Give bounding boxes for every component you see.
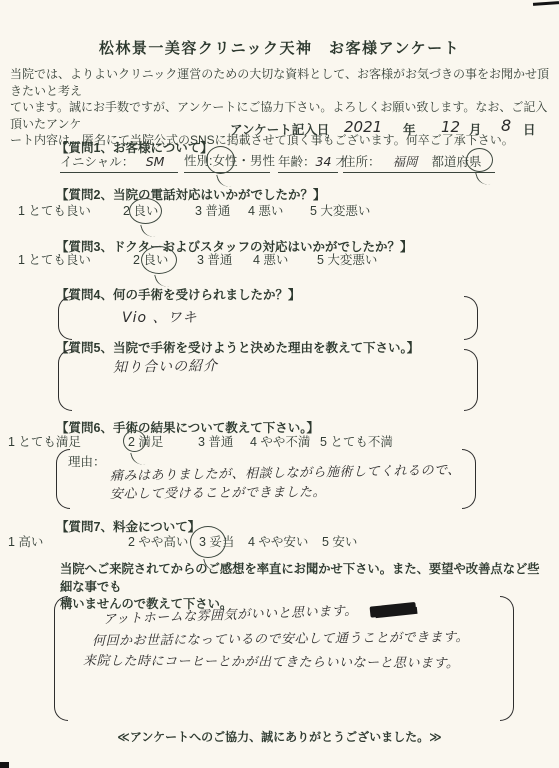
feedback-line-3: 来院した時にコーヒーとかが出てきたらいいなーと思います。 (83, 650, 460, 672)
q3-option-1: 1 とても良い (18, 252, 91, 268)
q6-option-5: 5 とても不満 (320, 434, 393, 450)
q6-reason-label: 理由： (68, 452, 106, 470)
q2-option-1: 1 とても良い (18, 203, 91, 219)
date-year-unit: 年 (403, 120, 416, 138)
q2-selection-circle (129, 198, 162, 224)
q4-answer-handwritten: Vio 、ワキ (122, 307, 197, 327)
q6-option-1: 1 とても満足 (8, 434, 81, 450)
q5-answer-handwritten: 知り合いの紹介 (113, 355, 218, 377)
q1-age-label: 年齢： (278, 155, 316, 169)
redaction-scribble (369, 602, 416, 618)
q3-options-row: 1 とても良い 2 良い 3 普通 4 悪い 5 大変悪い (0, 252, 559, 270)
scan-artifact-top-right (533, 1, 559, 6)
q6-reason-line-2: 安心して受けることができました。 (110, 481, 326, 502)
q6-reason-line-1: 痛みはありましたが、相談しながら施術してくれるので、 (110, 459, 461, 484)
q7-option-5: 5 安い (322, 534, 357, 550)
date-label: アンケート記入日 (230, 120, 329, 138)
q3-option-5: 5 大変悪い (317, 252, 377, 268)
feedback-line-2: 何回かお世話になっているので安心して通うことができます。 (92, 626, 469, 649)
q1-fields-row: イニシャル： SM 性別:女性・男性 年齢：34才 住所：福岡都道府県 (0, 152, 559, 173)
q2-option-4: 4 悪い (248, 203, 283, 219)
q6-reason-box: 理由： 痛みはありましたが、相談しながら施術してくれるので、 安心して受けること… (56, 449, 476, 509)
q3-option-3: 3 普通 (197, 252, 232, 268)
q7-option-2: 2 やや高い (128, 534, 188, 550)
q1-initial-handwritten: SM (146, 154, 165, 169)
q1-initial-label: イニシャル： (60, 155, 134, 169)
footer-thanks: ≪アンケートへのご協力、誠にありがとうございました。≫ (0, 728, 559, 745)
feedback-answer-box: アットホームな雰囲気がいいと思います。 何回かお世話になっているので安心して通う… (54, 596, 514, 721)
intro-line: 当院では、よりよいクリニック運営のための大切な資料として、お客様がお気づきの事を… (10, 66, 556, 99)
q7-selection-circle (190, 526, 226, 558)
q4-answer-box: Vio 、ワキ (58, 296, 478, 340)
q1-gender-selection-circle (206, 146, 235, 174)
date-month-handwritten: 12 (441, 118, 460, 136)
feedback-line-1: アットホームな雰囲気がいいと思います。 (103, 598, 416, 628)
q1-address-label: 住所： (343, 155, 381, 169)
page-title: 松林景一美容クリニック天神 お客様アンケート (0, 37, 559, 58)
feedback-prompt-line: 当院へご来院されてからのご感想を率直にお聞かせ下さい。また、要望や改善点など些細… (60, 561, 546, 596)
q5-answer-box: 知り合いの紹介 (58, 349, 478, 411)
q2-options-row: 1 とても良い 2 良い 3 普通 4 悪い 5 大変悪い (0, 203, 559, 221)
date-row: アンケート記入日 2021 年 12 月 8 日 (0, 120, 559, 140)
feedback-line-1-text: アットホームな雰囲気がいいと思います。 (103, 604, 358, 628)
q6-option-3: 3 普通 (198, 434, 233, 450)
q2-header: 【質問2、当院の電話対応はいかがでしたか？】 (56, 185, 325, 203)
date-day-unit: 日 (523, 120, 536, 138)
q7-option-4: 4 やや安い (248, 534, 308, 550)
q3-selection-circle (141, 246, 177, 274)
q1-age-handwritten: 34 (316, 154, 332, 169)
q7-option-1: 1 高い (8, 534, 43, 550)
q3-option-4: 4 悪い (253, 252, 288, 268)
survey-sheet: 松林景一美容クリニック天神 お客様アンケート 当院では、よりよいクリニック運営の… (0, 0, 559, 768)
q1-prefecture-selection-circle (466, 148, 493, 172)
q1-initial-field: イニシャル： SM (60, 152, 178, 173)
q1-age-field: 年齢：34才 (278, 152, 338, 173)
q2-option-5: 5 大変悪い (310, 203, 370, 219)
date-month-unit: 月 (469, 120, 482, 138)
q1-address-handwritten: 福岡 (393, 154, 418, 169)
q7-options-row: 1 高い 2 やや高い 3 妥当 4 やや安い 5 安い (0, 534, 559, 552)
date-year-handwritten: 2021 (344, 118, 382, 136)
date-day-handwritten: 8 (501, 116, 511, 135)
scan-artifact-bottom-left (0, 762, 9, 768)
q6-option-4: 4 やや不満 (250, 434, 310, 450)
q2-option-3: 3 普通 (195, 203, 230, 219)
q7-header: 【質問7、料金について】 (56, 517, 200, 535)
